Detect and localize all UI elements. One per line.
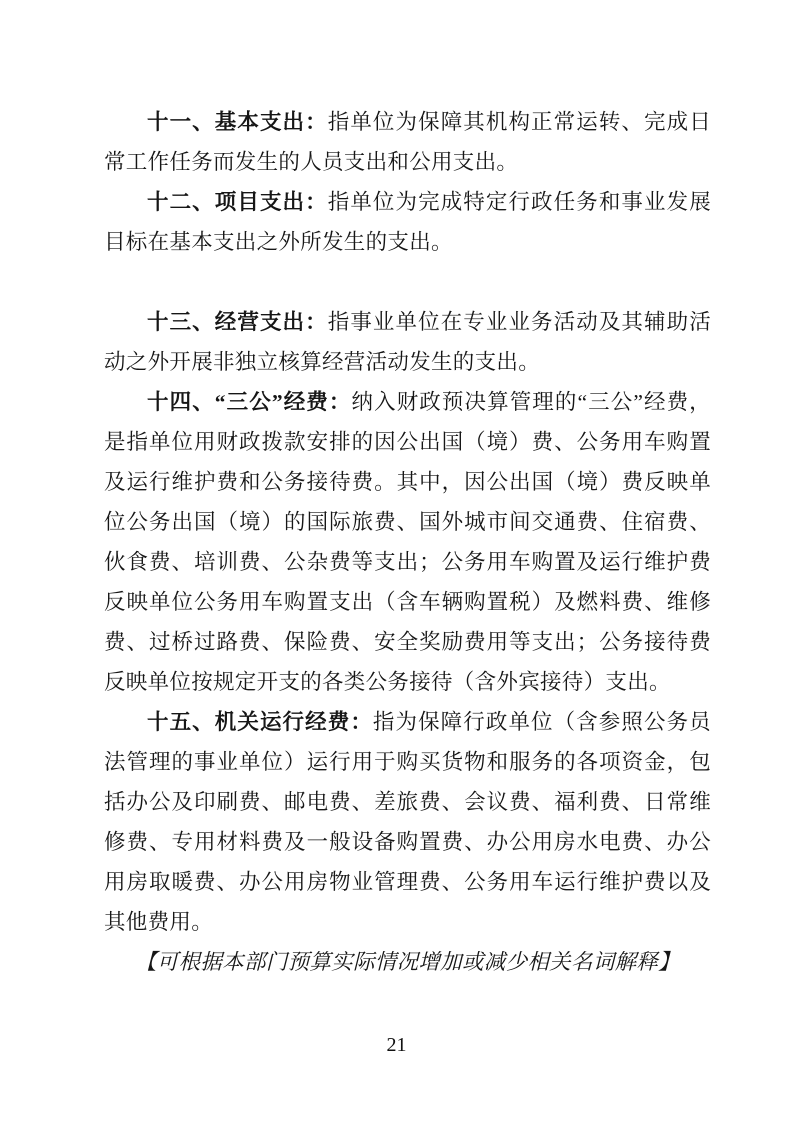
term-heading: 十四、“三公”经费： bbox=[147, 390, 352, 414]
term-heading: 十五、机关运行经费： bbox=[147, 710, 373, 734]
definition-paragraph-operating-expenditure: 十三、经营支出：指事业单位在专业业务活动及其辅助活动之外开展非独立核算经营活动发… bbox=[104, 302, 711, 382]
blank-line bbox=[104, 262, 711, 302]
page-number: 21 bbox=[0, 1033, 793, 1057]
document-page: 十一、基本支出：指单位为保障其机构正常运转、完成日常工作任务而发生的人员支出和公… bbox=[0, 0, 793, 1122]
definition-paragraph-project-expenditure: 十二、项目支出：指单位为完成特定行政任务和事业发展目标在基本支出之外所发生的支出… bbox=[104, 182, 711, 262]
document-content: 十一、基本支出：指单位为保障其机构正常运转、完成日常工作任务而发生的人员支出和公… bbox=[104, 102, 711, 982]
note-line: 【可根据本部门预算实际情况增加或减少相关名词解释】 bbox=[104, 942, 711, 982]
term-heading: 十二、项目支出： bbox=[147, 190, 328, 214]
term-heading: 十一、基本支出： bbox=[147, 110, 328, 134]
term-definition: 指为保障行政单位（含参照公务员法管理的事业单位）运行用于购买货物和服务的各项资金… bbox=[104, 710, 711, 934]
definition-paragraph-basic-expenditure: 十一、基本支出：指单位为保障其机构正常运转、完成日常工作任务而发生的人员支出和公… bbox=[104, 102, 711, 182]
term-heading: 十三、经营支出： bbox=[147, 310, 328, 334]
term-definition: 纳入财政预决算管理的“三公”经费，是指单位用财政拨款安排的因公出国（境）费、公务… bbox=[104, 390, 711, 694]
definition-paragraph-agency-operating-funds: 十五、机关运行经费：指为保障行政单位（含参照公务员法管理的事业单位）运行用于购买… bbox=[104, 702, 711, 942]
definition-paragraph-three-public-funds: 十四、“三公”经费：纳入财政预决算管理的“三公”经费，是指单位用财政拨款安排的因… bbox=[104, 382, 711, 702]
